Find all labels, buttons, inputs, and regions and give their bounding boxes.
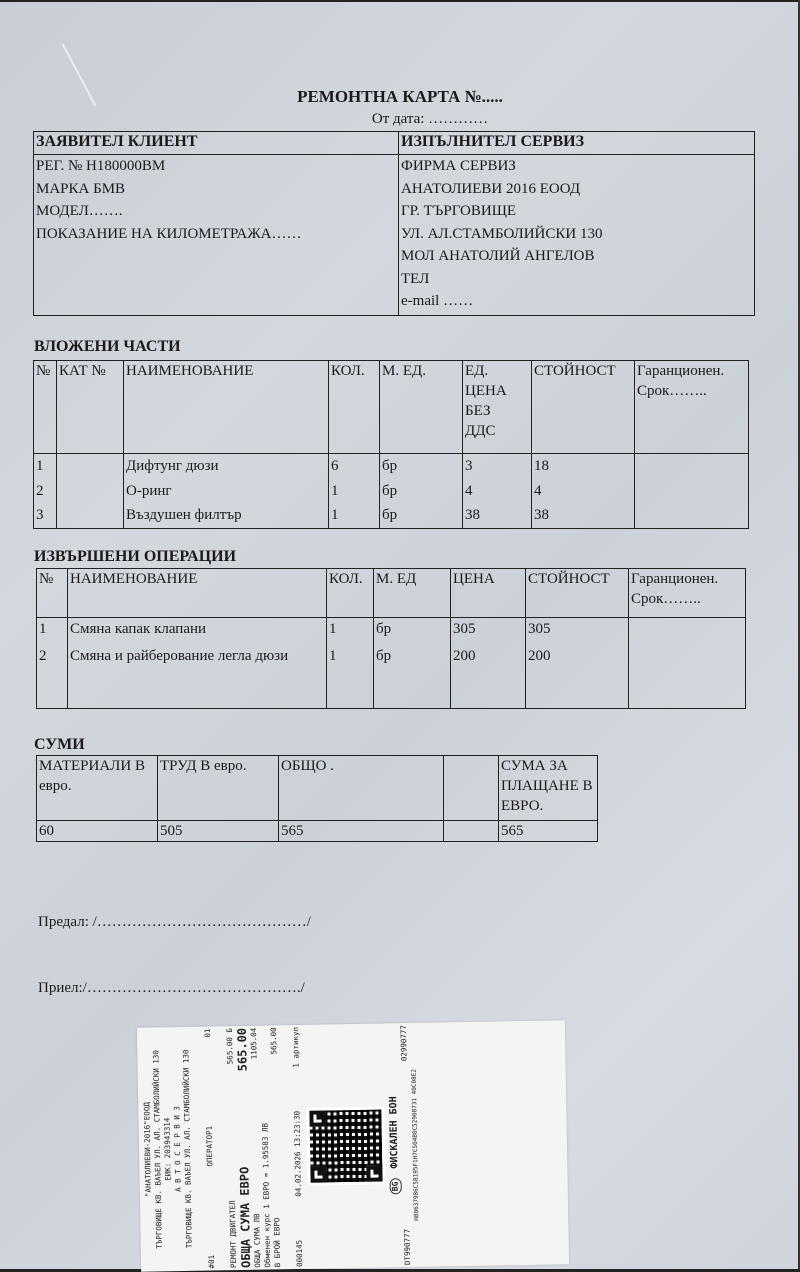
col-header: № xyxy=(37,569,68,618)
parts-warranty-cell xyxy=(635,454,749,529)
sum-payable: 565 xyxy=(499,821,598,842)
cell: бр xyxy=(376,618,448,640)
client-make: МАРКА БМВ xyxy=(36,178,396,201)
receipt-pos: #01 xyxy=(207,1255,217,1269)
client-model: МОДЕЛ……. xyxy=(36,200,396,223)
col-header: СУМА ЗА ПЛАЩАНЕ В ЕВРО. xyxy=(499,756,598,821)
parts-qty-cell: 6 1 1 xyxy=(329,454,380,529)
col-header: СТОЙНОСТ xyxy=(532,361,635,454)
cell: 1 xyxy=(36,454,54,479)
cell: Дифтунг дюзи xyxy=(126,454,326,479)
ops-qty-cell: 1 1 xyxy=(327,618,374,709)
frame-border-top xyxy=(0,0,800,2)
service-line: АНАТОЛИЕВИ 2016 ЕООД xyxy=(401,178,752,201)
col-header: М. ЕД. xyxy=(380,361,463,454)
sum-materials: 60 xyxy=(37,821,158,842)
receipt-total-bgn-value: 1105.04 xyxy=(249,1028,260,1060)
service-line: МОЛ АНАТОЛИЙ АНГЕЛОВ xyxy=(401,245,752,268)
receipt-item-value: 565.00 Б xyxy=(225,1028,236,1064)
receipt-device-id2: 02990777 xyxy=(399,1025,410,1061)
cell: 38 xyxy=(534,503,632,528)
document-date: От дата: ………… xyxy=(0,111,800,128)
col-header: Гаранционен. Срок…….. xyxy=(629,569,746,618)
cell: О-ринг xyxy=(126,479,326,504)
parts-no-cell: 1 2 3 xyxy=(34,454,57,529)
parts-value-cell: 18 4 38 xyxy=(532,454,635,529)
table-row: 60 505 565 565 xyxy=(37,821,598,842)
receipt-meta-row: 000145 04.02.2026 13:23:30 1 артикул xyxy=(291,1027,305,1267)
client-details: РЕГ. № Н180000ВМ МАРКА БМВ МОДЕЛ……. ПОКА… xyxy=(34,155,399,316)
col-header: М. ЕД xyxy=(374,569,451,618)
service-details: ФИРМА СЕРВИЗ АНАТОЛИЕВИ 2016 ЕООД ГР. ТЪ… xyxy=(399,155,755,316)
service-header: ИЗПЪЛНИТЕЛ СЕРВИЗ xyxy=(399,132,755,155)
cell: бр xyxy=(382,479,460,504)
cell: 2 xyxy=(39,645,65,667)
cell: 3 xyxy=(36,503,54,528)
operations-section-title: ИЗВЪРШЕНИ ОПЕРАЦИИ xyxy=(34,548,236,566)
cell: 18 xyxy=(534,454,632,479)
parts-table: № КАТ № НАИМЕНОВАНИЕ КОЛ. М. ЕД. ЕД. ЦЕН… xyxy=(33,360,749,529)
col-header: ОБЩО . xyxy=(279,756,444,821)
col-header: ТРУД В евро. xyxy=(158,756,279,821)
receipt-datetime: 04.02.2026 13:23:30 xyxy=(292,1111,303,1197)
col-header: ЕД. ЦЕНА БЕЗ ДДС xyxy=(463,361,532,454)
receipt-total-value: 565.00 xyxy=(235,1028,250,1072)
service-line: e-mail …… xyxy=(401,290,752,313)
parts-name-cell: Дифтунг дюзи О-ринг Въздушен филтър xyxy=(124,454,329,529)
receipt-fiscal-label: ФИСКАЛЕН БОН xyxy=(388,1096,400,1168)
receipt-device-id: DT990777 xyxy=(402,1229,413,1265)
cell: 2 xyxy=(36,479,54,504)
handed-signature-line: Предал: /……………………………………/ xyxy=(38,914,311,931)
table-row: 1 2 3 Дифтунг дюзи О-ринг Въздушен филтъ… xyxy=(34,454,749,529)
receipt-total-label: ОБЩА СУМА ЕВРО xyxy=(237,1167,253,1268)
cell: 4 xyxy=(465,479,529,504)
sum-empty xyxy=(444,821,499,842)
cell: 4 xyxy=(534,479,632,504)
bg-logo-icon: BG xyxy=(390,1178,402,1194)
receipt-operator-no: 01 xyxy=(203,1028,213,1037)
receipt-content: "АНАТОЛИЕВИ-2016"ЕООД ТЪРГОВИЩЕ КВ. ВАЪЕ… xyxy=(141,1022,565,1269)
ops-name-cell: Смяна капак клапани Смяна и райберование… xyxy=(68,618,327,709)
cell: бр xyxy=(376,645,448,667)
cell: 200 xyxy=(453,645,523,667)
sum-labor: 505 xyxy=(158,821,279,842)
cell: 305 xyxy=(453,618,523,640)
cell: 1 xyxy=(329,645,371,667)
receipt-operator-row: #01 ОПЕРАТОР1 01 xyxy=(203,1028,217,1268)
ops-price-cell: 305 200 xyxy=(451,618,526,709)
ops-no-cell: 1 2 xyxy=(37,618,68,709)
col-header: КОЛ. xyxy=(327,569,374,618)
cell: 38 xyxy=(465,503,529,528)
ops-warranty-cell xyxy=(629,618,746,709)
receipt-cash-value: 565.00 xyxy=(269,1027,279,1054)
party-table: ЗАЯВИТЕЛ КЛИЕНТ ИЗПЪЛНИТЕЛ СЕРВИЗ РЕГ. №… xyxy=(33,131,755,316)
client-mileage: ПОКАЗАНИЕ НА КИЛОМЕТРАЖА…… xyxy=(36,223,396,246)
col-header: СТОЙНОСТ xyxy=(526,569,629,618)
ops-value-cell: 305 200 xyxy=(526,618,629,709)
col-header: КАТ № xyxy=(57,361,124,454)
cell: бр xyxy=(382,454,460,479)
service-line: ГР. ТЪРГОВИЩЕ xyxy=(401,200,752,223)
fiscal-receipt: "АНАТОЛИЕВИ-2016"ЕООД ТЪРГОВИЩЕ КВ. ВАЪЕ… xyxy=(137,1020,569,1271)
cell: 3 xyxy=(465,454,529,479)
receipt-operator: ОПЕРАТОР1 xyxy=(205,1126,216,1167)
operations-table: № НАИМЕНОВАНИЕ КОЛ. М. ЕД ЦЕНА СТОЙНОСТ … xyxy=(36,568,746,709)
parts-cat-cell xyxy=(57,454,124,529)
cell: 1 xyxy=(39,618,65,640)
parts-section-title: ВЛОЖЕНИ ЧАСТИ xyxy=(34,338,181,356)
col-header: ЦЕНА xyxy=(451,569,526,618)
receipt-number: 000145 xyxy=(295,1240,305,1267)
cell: 200 xyxy=(528,645,626,667)
cell: 1 xyxy=(331,479,377,504)
document-title: РЕМОНТНА КАРТА №..... xyxy=(0,87,800,107)
service-line: УЛ. АЛ.СТАМБОЛИЙСКИ 130 xyxy=(401,223,752,246)
ops-unit-cell: бр бр xyxy=(374,618,451,709)
cell: 1 xyxy=(331,503,377,528)
cell: Въздушен филтър xyxy=(126,503,326,528)
col-header: НАИМЕНОВАНИЕ xyxy=(124,361,329,454)
col-header: НАИМЕНОВАНИЕ xyxy=(68,569,327,618)
receipt-items-count: 1 артикул xyxy=(291,1027,302,1068)
receipt-cash-label: В БРОЙ ЕВРО xyxy=(272,1218,283,1268)
sums-section-title: СУМИ xyxy=(34,736,85,754)
col-header xyxy=(444,756,499,821)
table-row: 1 2 Смяна капак клапани Смяна и райберов… xyxy=(37,618,746,709)
client-reg: РЕГ. № Н180000ВМ xyxy=(36,155,396,178)
col-header: № xyxy=(34,361,57,454)
sums-table: МАТЕРИАЛИ В евро. ТРУД В евро. ОБЩО . СУ… xyxy=(36,755,598,842)
cell: 1 xyxy=(329,618,371,640)
cell: 305 xyxy=(528,618,626,640)
parts-price-cell: 3 4 38 xyxy=(463,454,532,529)
qr-code-icon xyxy=(306,1106,385,1185)
service-line: ФИРМА СЕРВИЗ xyxy=(401,155,752,178)
cell: Смяна и райберование легла дюзи xyxy=(70,645,300,667)
cell: 6 xyxy=(331,454,377,479)
col-header: Гаранционен. Срок…….. xyxy=(635,361,749,454)
received-signature-line: Приел:/……………………………………./ xyxy=(38,980,305,997)
sum-total: 565 xyxy=(279,821,444,842)
col-header: МАТЕРИАЛИ В евро. xyxy=(37,756,158,821)
client-header: ЗАЯВИТЕЛ КЛИЕНТ xyxy=(34,132,399,155)
cell: бр xyxy=(382,503,460,528)
cell: Смяна капак клапани xyxy=(70,618,324,640)
service-line: ТЕЛ xyxy=(401,268,752,291)
col-header: КОЛ. xyxy=(329,361,380,454)
parts-unit-cell: бр бр бр xyxy=(380,454,463,529)
